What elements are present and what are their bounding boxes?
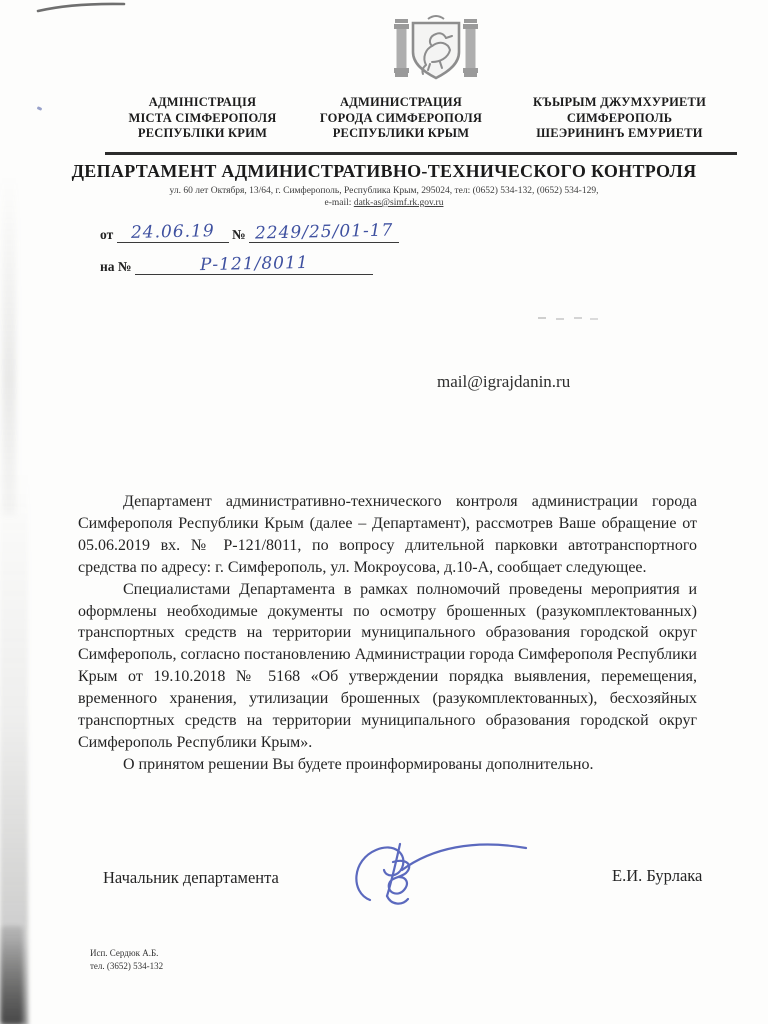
faint-pencil-marks (538, 317, 546, 319)
scan-corner-stroke (30, 0, 130, 16)
body-paragraph: О принятом решении Вы будете проинформир… (78, 754, 697, 776)
body-paragraph: Департамент административно-технического… (78, 491, 697, 579)
department-title: ДЕПАРТАМЕНТ АДМИНИСТРАТИВНО-ТЕХНИЧЕСКОГО… (0, 161, 768, 182)
letter-body: Департамент административно-технического… (78, 491, 697, 776)
handwritten-signature (340, 832, 535, 922)
handwritten-reply-number: Р-121/8011 (199, 253, 308, 275)
signer-position: Начальник департамента (103, 868, 279, 888)
number-blank: 2249/25/01-17 (249, 222, 399, 243)
signer-name: Е.И. Бурлака (612, 866, 702, 886)
reply-blank: Р-121/8011 (135, 254, 373, 275)
executor-name: Исп. Сердюк А.Б. (90, 947, 163, 960)
executor-phone: тел. (3652) 534-132 (90, 960, 163, 973)
scan-smudge-bottom-left (1, 926, 23, 1024)
org-name-header: АДМІНІСТРАЦІЯ МІСТА СІМФЕРОПОЛЯ РЕСПУБЛІ… (100, 95, 742, 142)
handwritten-date: 24.06.19 (131, 221, 215, 243)
incoming-reference-line: на № Р-121/8011 (100, 254, 373, 275)
date-blank: 24.06.19 (117, 222, 229, 243)
executor-block: Исп. Сердюк А.Б. тел. (3652) 534-132 (90, 947, 163, 973)
scanned-letter-page: АДМІНІСТРАЦІЯ МІСТА СІМФЕРОПОЛЯ РЕСПУБЛІ… (0, 0, 768, 1024)
department-address: ул. 60 лет Октября, 13/64, г. Симферопол… (0, 186, 768, 196)
recipient-email: mail@igrajdanin.ru (437, 372, 570, 392)
header-divider (105, 152, 737, 155)
from-label: от (100, 227, 113, 242)
ink-speck (37, 106, 43, 111)
body-paragraph: Специалистами Департамента в рамках полн… (78, 579, 697, 754)
scan-smudge-left-mid (2, 175, 16, 515)
email-label: e-mail: (325, 198, 354, 208)
org-name-ukrainian: АДМІНІСТРАЦІЯ МІСТА СІМФЕРОПОЛЯ РЕСПУБЛІ… (100, 95, 305, 142)
department-email-line: e-mail: datk-as@simf.rk.gov.ru (0, 198, 768, 208)
org-name-crimean-tatar: КЪЫРЫМ ДЖУМХУРИЕТИ СИМФЕРОПОЛЬ ШЕЭРИНИНЪ… (497, 95, 742, 142)
scan-smudge-left-lower (0, 470, 28, 1024)
handwritten-number: 2249/25/01-17 (255, 221, 394, 244)
org-name-russian: АДМИНИСТРАЦИЯ ГОРОДА СИМФЕРОПОЛЯ РЕСПУБЛ… (305, 95, 497, 142)
department-email: datk-as@simf.rk.gov.ru (354, 198, 444, 208)
reply-label: на № (100, 259, 131, 274)
number-label: № (232, 227, 246, 242)
crimea-coat-of-arms-icon (392, 12, 480, 88)
outgoing-reference-line: от 24.06.19 № 2249/25/01-17 (100, 222, 399, 243)
